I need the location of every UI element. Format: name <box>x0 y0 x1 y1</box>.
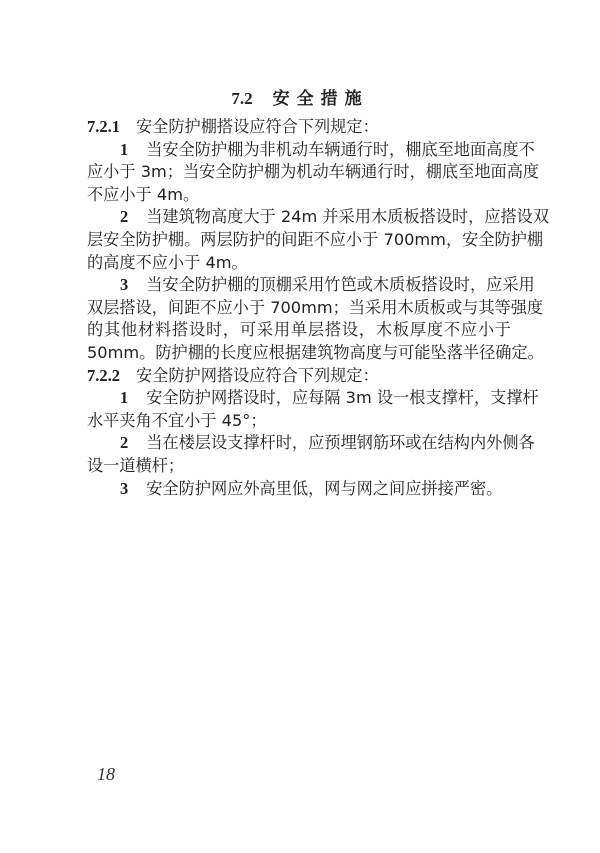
item-number: 2 <box>120 207 128 226</box>
item-text: 当安全防护棚为非机动车辆通行时，棚底至地面高度不 <box>146 140 535 159</box>
clause-number: 7.2.2 <box>87 366 120 385</box>
list-item-line: 2当在楼层设支撑杆时，应预埋钢筋环或在结构内外侧各 <box>87 432 511 455</box>
item-number: 3 <box>120 479 128 498</box>
page-number: 18 <box>97 764 115 785</box>
section-title-text: 安全措施 <box>273 89 369 109</box>
section-heading: 7.2 安全措施 <box>0 84 600 109</box>
document-body: 7.2.1安全防护棚搭设应符合下列规定： 1当安全防护棚为非机动车辆通行时，棚底… <box>87 116 511 500</box>
list-item-line: 2当建筑物高度大于 24m 并采用木质板搭设时，应搭设双 <box>87 206 511 229</box>
item-number: 1 <box>120 140 128 159</box>
item-text: 当在楼层设支撑杆时，应预埋钢筋环或在结构内外侧各 <box>146 433 535 452</box>
item-number: 2 <box>120 433 128 452</box>
list-item-line: 双层搭设，间距不应小于 700mm；当采用木质板或与其等强度 <box>87 297 511 320</box>
clause-heading: 7.2.1安全防护棚搭设应符合下列规定： <box>87 116 511 139</box>
list-item-line: 的其他材料搭设时，可采用单层搭设，木板厚度不应小于 <box>87 319 511 342</box>
list-item-line: 的高度不应小于 4m。 <box>87 252 511 275</box>
list-item-line: 应小于 3m；当安全防护棚为机动车辆通行时，棚底至地面高度 <box>87 161 511 184</box>
item-text: 安全防护网应外高里低，网与网之间应拼接严密。 <box>146 479 502 498</box>
list-item-line: 1安全防护网搭设时，应每隔 3m 设一根支撑杆，支撑杆 <box>87 387 511 410</box>
clause-heading: 7.2.2安全防护网搭设应符合下列规定： <box>87 365 511 388</box>
clause-lead: 安全防护网搭设应符合下列规定： <box>136 366 379 385</box>
item-text: 当建筑物高度大于 24m 并采用木质板搭设时，应搭设双 <box>146 207 549 226</box>
item-text: 当安全防护棚的顶棚采用竹笆或木质板搭设时，应采用 <box>146 275 535 294</box>
list-item-line: 设一道横杆； <box>87 455 511 478</box>
clause-number: 7.2.1 <box>87 117 120 136</box>
section-number: 7.2 <box>231 89 252 108</box>
list-item-line: 3安全防护网应外高里低，网与网之间应拼接严密。 <box>87 478 511 501</box>
clause-lead: 安全防护棚搭设应符合下列规定： <box>136 117 379 136</box>
list-item-line: 层安全防护棚。两层防护的间距不应小于 700mm，安全防护棚 <box>87 229 511 252</box>
item-number: 1 <box>120 388 128 407</box>
item-number: 3 <box>120 275 128 294</box>
list-item-line: 3当安全防护棚的顶棚采用竹笆或木质板搭设时，应采用 <box>87 274 511 297</box>
document-page: 7.2 安全措施 7.2.1安全防护棚搭设应符合下列规定： 1当安全防护棚为非机… <box>0 0 600 853</box>
list-item-line: 水平夹角不宜小于 45°； <box>87 410 511 433</box>
list-item-line: 50mm。防护棚的长度应根据建筑物高度与可能坠落半径确定。 <box>87 342 511 365</box>
list-item-line: 1当安全防护棚为非机动车辆通行时，棚底至地面高度不 <box>87 139 511 162</box>
list-item-line: 不应小于 4m。 <box>87 184 511 207</box>
item-text: 安全防护网搭设时，应每隔 3m 设一根支撑杆，支撑杆 <box>146 388 538 407</box>
